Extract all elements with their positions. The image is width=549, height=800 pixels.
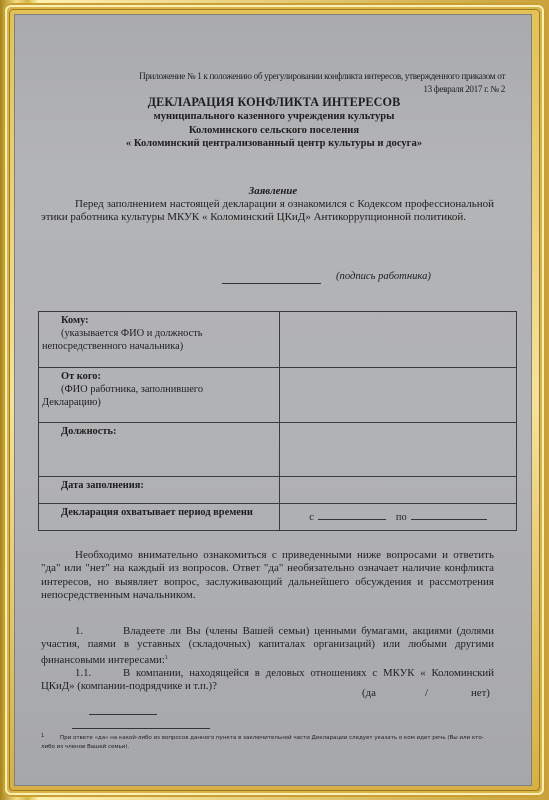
label-period: Декларация охватывает период времени bbox=[42, 506, 276, 519]
field-position[interactable] bbox=[280, 423, 517, 477]
period-to-label: по bbox=[396, 512, 407, 523]
title-main: ДЕКЛАРАЦИЯ КОНФЛИКТА ИНТЕРЕСОВ bbox=[54, 96, 494, 110]
appendix-line-2: 13 февраля 2017 г. № 2 bbox=[58, 83, 505, 96]
table-row: Дата заполнения: bbox=[39, 477, 517, 504]
signature-line[interactable] bbox=[222, 283, 321, 284]
period-from-field[interactable] bbox=[318, 510, 386, 520]
question-1-1-number: 1.1. bbox=[41, 667, 123, 680]
declaration-form-table: Кому: (указывается ФИО и должность непос… bbox=[38, 311, 517, 531]
field-period: спо bbox=[280, 504, 517, 531]
title-line-3: Коломинского сельского поселения bbox=[54, 124, 494, 138]
answer-yes[interactable]: (да bbox=[362, 687, 376, 699]
footnote-text: При ответе «да» на какой-либо из вопросо… bbox=[41, 735, 484, 750]
hint-from-1: (ФИО работника, заполнившего bbox=[42, 383, 276, 396]
row-label-position: Должность: bbox=[39, 423, 280, 477]
label-to: Кому: bbox=[42, 314, 276, 327]
question-1: 1.Владеете ли Вы (члены Вашей семьи) цен… bbox=[41, 625, 494, 693]
row-label-date: Дата заполнения: bbox=[39, 477, 280, 504]
period-from-label: с bbox=[309, 512, 314, 523]
signature-caption: (подпись работника) bbox=[336, 271, 431, 282]
appendix-line-1: Приложение № 1 к положению об урегулиров… bbox=[58, 70, 505, 83]
hint-from-2: Декларацию) bbox=[42, 397, 101, 408]
label-date: Дата заполнения: bbox=[42, 479, 276, 492]
answer-separator: / bbox=[425, 687, 428, 699]
footnote-mark: 1 bbox=[41, 732, 60, 741]
footnote-ref: 1 bbox=[165, 655, 168, 661]
field-from[interactable] bbox=[280, 368, 517, 423]
document-page: Приложение № 1 к положению об урегулиров… bbox=[14, 14, 532, 786]
document-title: ДЕКЛАРАЦИЯ КОНФЛИКТА ИНТЕРЕСОВ муниципал… bbox=[54, 96, 494, 151]
title-line-4: « Коломинский централизованный центр кул… bbox=[54, 137, 494, 151]
footnote-divider-short bbox=[89, 714, 157, 715]
table-row: Кому: (указывается ФИО и должность непос… bbox=[39, 312, 517, 368]
row-label-period: Декларация охватывает период времени bbox=[39, 504, 280, 531]
table-row: От кого: (ФИО работника, заполнившего Де… bbox=[39, 368, 517, 423]
appendix-note: Приложение № 1 к положению об урегулиров… bbox=[58, 70, 505, 95]
table-row: Должность: bbox=[39, 423, 517, 477]
statement-heading: Заявление bbox=[14, 185, 532, 197]
answer-no[interactable]: нет) bbox=[471, 687, 490, 699]
table-row: Декларация охватывает период времени спо bbox=[39, 504, 517, 531]
label-from: От кого: bbox=[42, 370, 276, 383]
statement-text: Перед заполнением настоящей декларации я… bbox=[41, 198, 494, 225]
footnote-divider bbox=[72, 728, 210, 729]
row-label-to: Кому: (указывается ФИО и должность непос… bbox=[39, 312, 280, 368]
field-date[interactable] bbox=[280, 477, 517, 504]
footnote: 1При ответе «да» на какой-либо из вопрос… bbox=[41, 732, 497, 752]
instructions-text: Необходимо внимательно ознакомиться с пр… bbox=[41, 549, 494, 603]
hint-to-2: непосредственного начальника) bbox=[42, 341, 183, 352]
title-line-2: муниципального казенного учреждения куль… bbox=[54, 110, 494, 124]
row-label-from: От кого: (ФИО работника, заполнившего Де… bbox=[39, 368, 280, 423]
period-to-field[interactable] bbox=[411, 510, 487, 520]
label-position: Должность: bbox=[42, 425, 276, 438]
question-1-number: 1. bbox=[41, 625, 123, 638]
field-to[interactable] bbox=[280, 312, 517, 368]
hint-to-1: (указывается ФИО и должность bbox=[42, 327, 276, 340]
